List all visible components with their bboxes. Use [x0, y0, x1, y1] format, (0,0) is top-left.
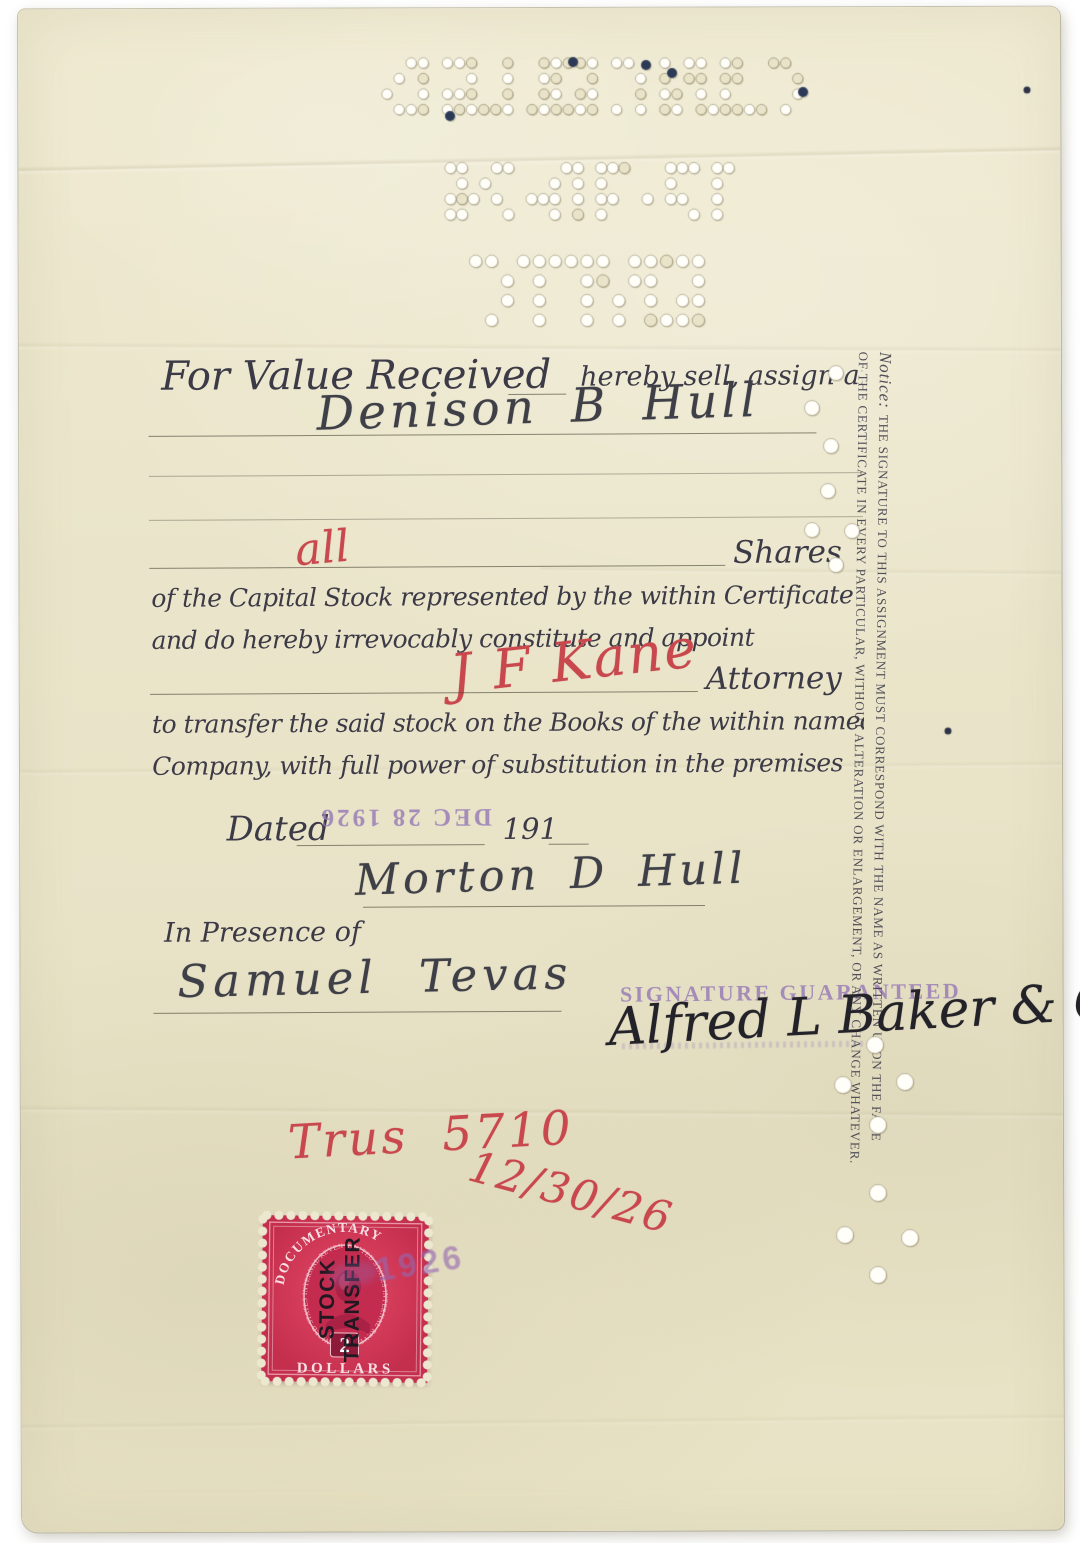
- paper-crease: [22, 1413, 1064, 1432]
- witness-label: In Presence of: [164, 917, 361, 949]
- shares-label: Shares: [733, 534, 842, 571]
- notice-prefix: Notice:: [875, 352, 895, 409]
- ruled-line: [149, 516, 863, 521]
- revenue-stamp: DOCUMENTARY UNITED STATES INTERNAL REVEN…: [261, 1215, 429, 1383]
- year-line: [549, 844, 589, 845]
- paper-crease: [18, 146, 1060, 176]
- ruled-line: [149, 472, 863, 477]
- ruled-line: [363, 905, 705, 908]
- ruled-line: [154, 1011, 562, 1014]
- document-scan: For Value Received hereby sell, assign a…: [0, 0, 1080, 1543]
- witness-signature: Samuel Tevas: [177, 946, 573, 1008]
- stock-transfer-overprint: STOCK TRANSFER: [265, 1224, 415, 1374]
- attorney-label: Attorney: [706, 660, 842, 697]
- cancel-smudge: [329, 1260, 378, 1289]
- dated-label: Dated: [226, 809, 329, 850]
- transfer-clause: to transfer the said stock on the Books …: [152, 706, 866, 739]
- assignor-signature: Morton D Hull: [354, 844, 747, 906]
- date-line: [297, 844, 485, 846]
- ruled-line: [149, 565, 725, 569]
- company-clause: Company, with full power of substitution…: [152, 748, 843, 781]
- capital-stock-clause: of the Capital Stock represented by the …: [151, 580, 853, 613]
- ruled-line: [150, 691, 698, 695]
- year-prefix: 191: [502, 812, 558, 846]
- date-received-stamp: DEC 28 1926: [318, 802, 491, 831]
